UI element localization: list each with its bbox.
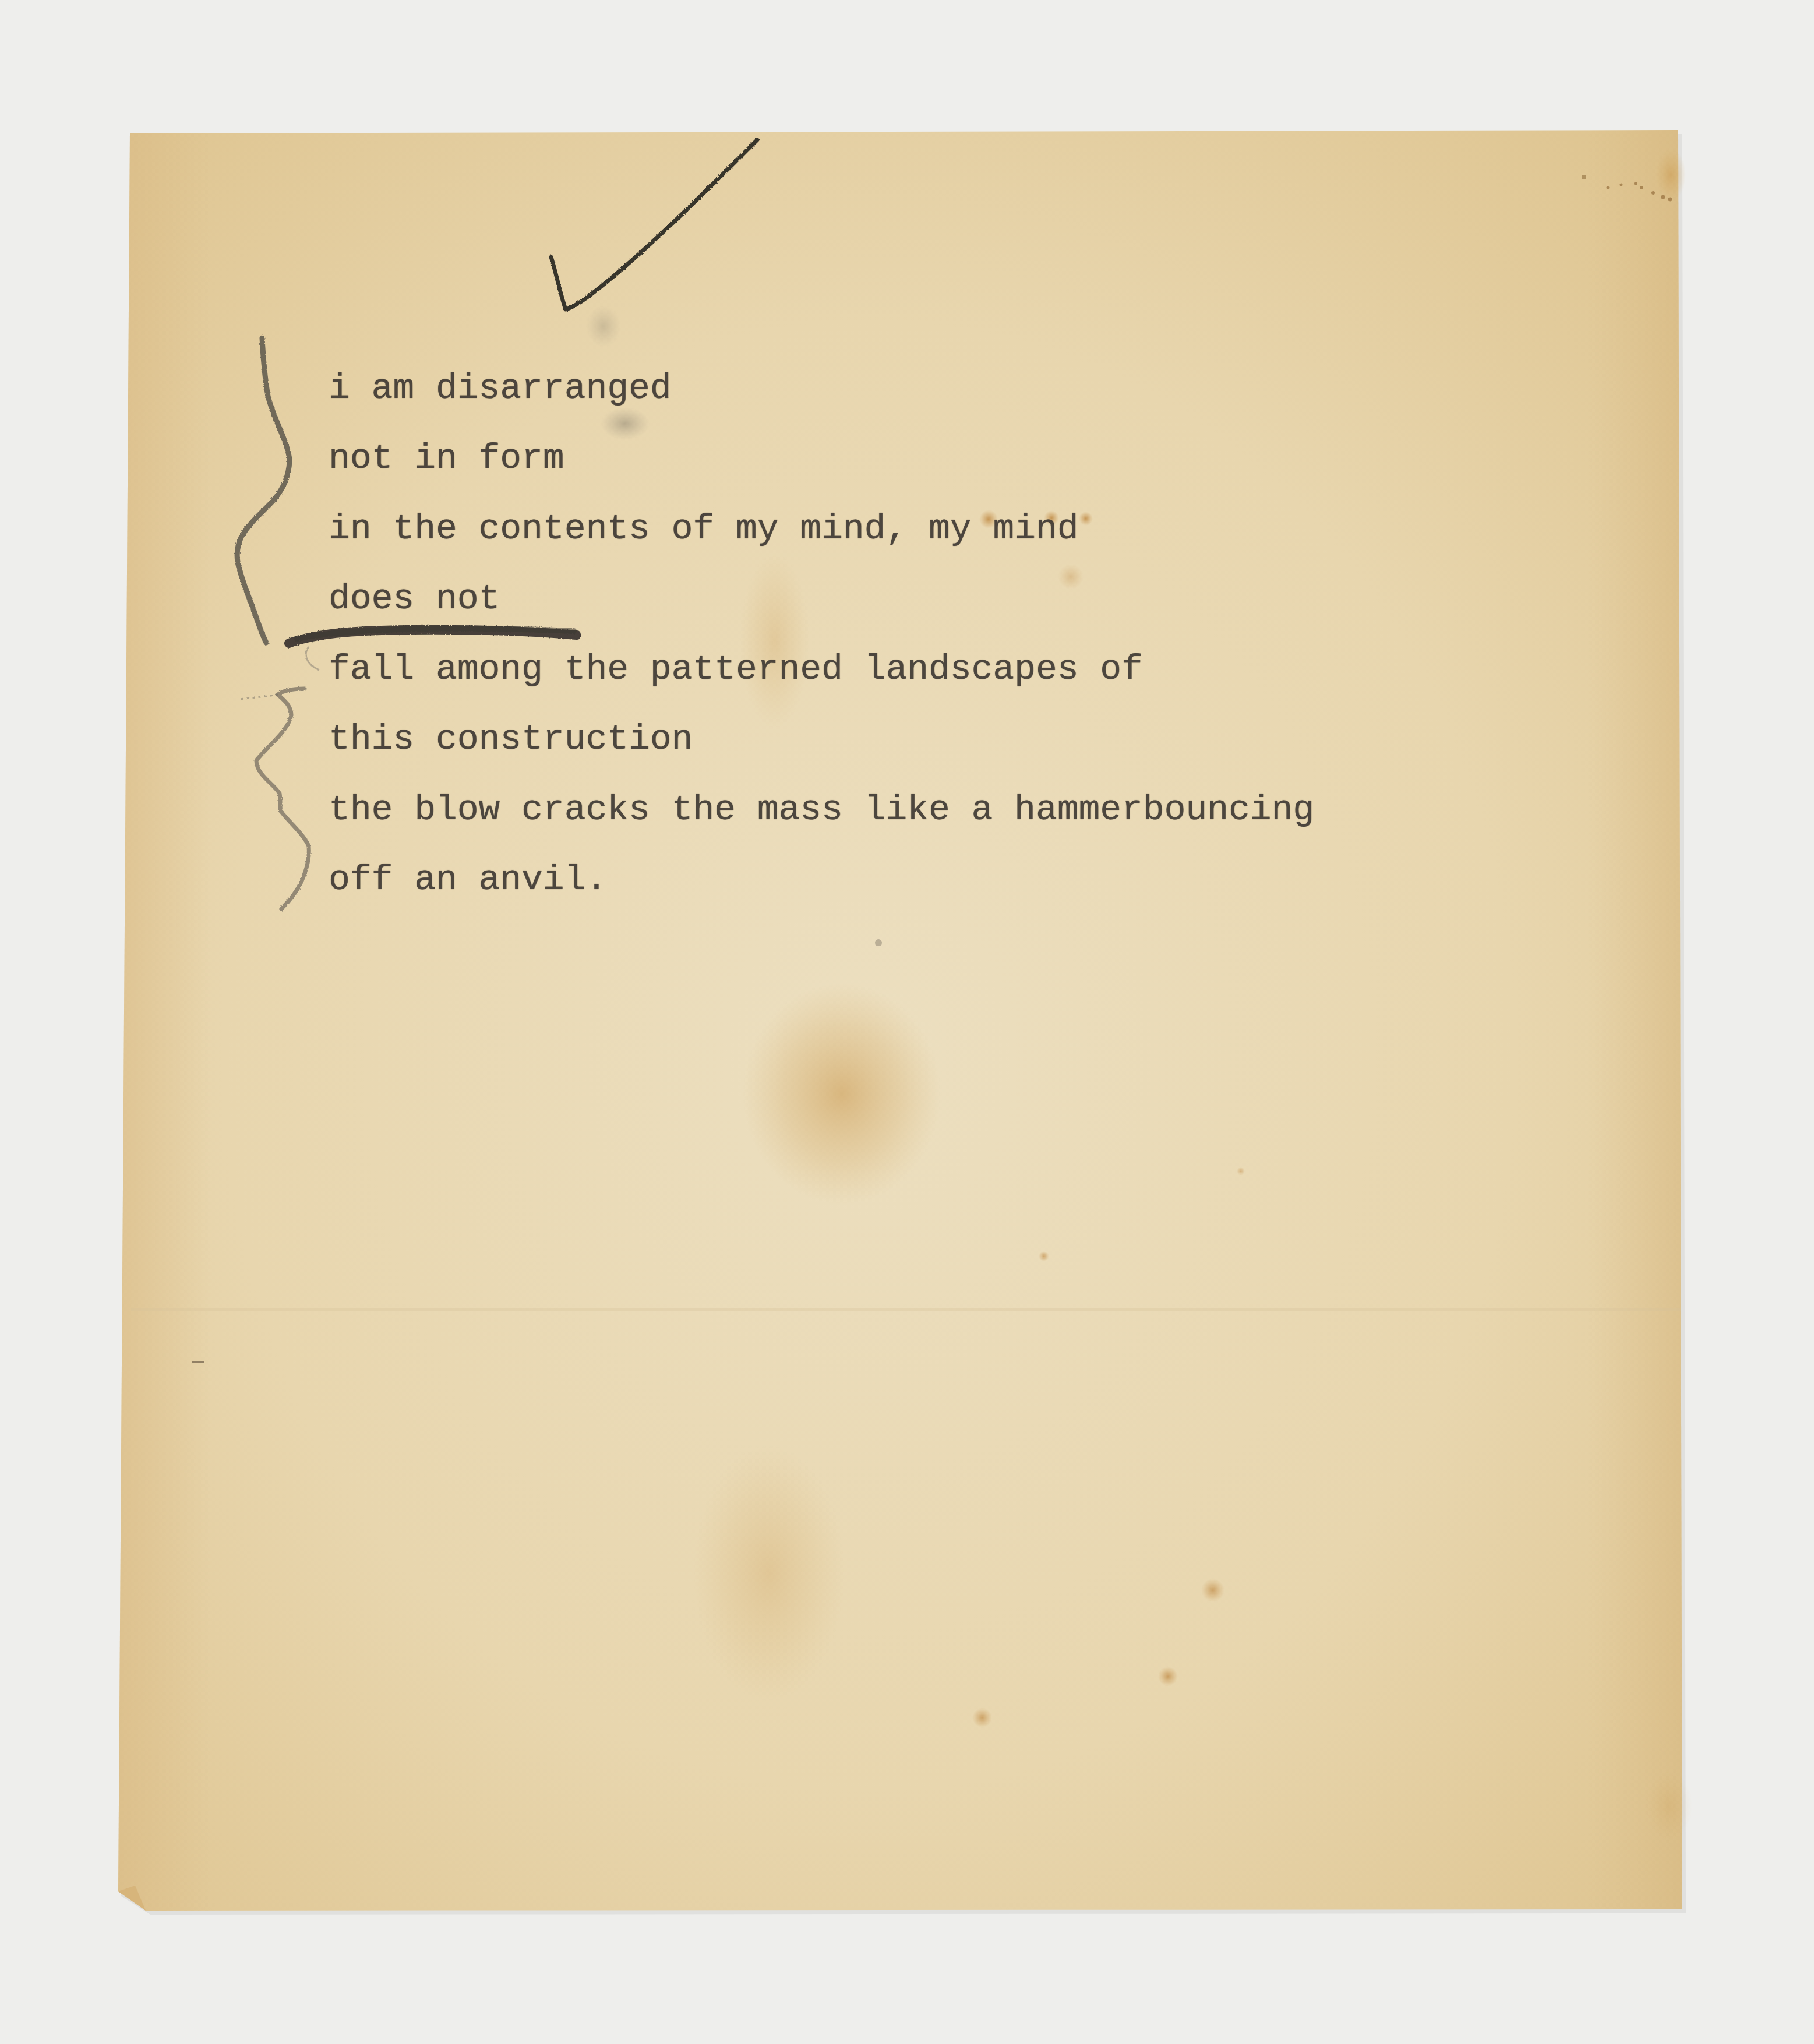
photo-backdrop: i am disarranged not in form in the cont…: [0, 0, 1814, 2044]
paper-sheet: [0, 0, 1814, 2044]
